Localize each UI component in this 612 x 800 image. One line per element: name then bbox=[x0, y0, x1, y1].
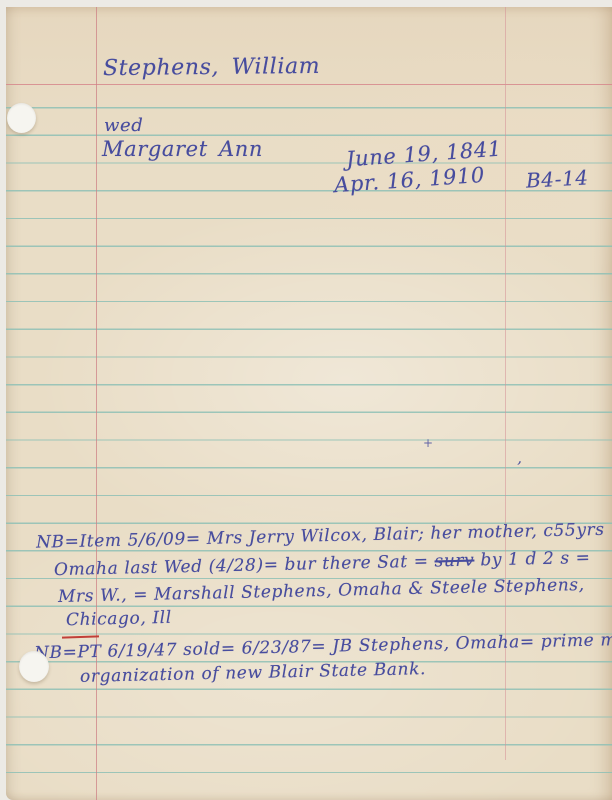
scanned-note-page: Stephens, William wed Margaret Ann June … bbox=[0, 0, 612, 800]
punch-hole-bottom bbox=[19, 651, 49, 682]
heading-name: Stephens, William bbox=[103, 54, 320, 81]
wed-label: wed bbox=[104, 115, 143, 136]
note-line-5: NB=PT 6/19/47 sold= 6/23/87= JB Stephens… bbox=[34, 629, 612, 664]
ruled-paper-sheet: Stephens, William wed Margaret Ann June … bbox=[6, 7, 612, 800]
note-line-2-struck-word: surv bbox=[434, 551, 474, 572]
note-line-2-pre: Omaha last Wed (4/28)= bur there Sat = bbox=[54, 551, 435, 580]
stray-ink-mark-comma: , bbox=[516, 448, 524, 468]
spouse-name: Margaret Ann bbox=[102, 137, 263, 161]
note-line-6: organization of new Blair State Bank. bbox=[80, 659, 426, 687]
red-underline-mark bbox=[62, 635, 99, 638]
note-line-2-post: by 1 d 2 s = bbox=[474, 548, 591, 571]
punch-hole-top bbox=[7, 103, 36, 133]
note-line-4: Chicago, Ill bbox=[66, 608, 172, 630]
stray-ink-mark-plus: + bbox=[423, 436, 433, 450]
note-line-2: Omaha last Wed (4/28)= bur there Sat = s… bbox=[54, 548, 591, 580]
note-line-1: NB=Item 5/6/09= Mrs Jerry Wilcox, Blair;… bbox=[36, 519, 612, 552]
reference-code: B4-14 bbox=[525, 165, 589, 192]
